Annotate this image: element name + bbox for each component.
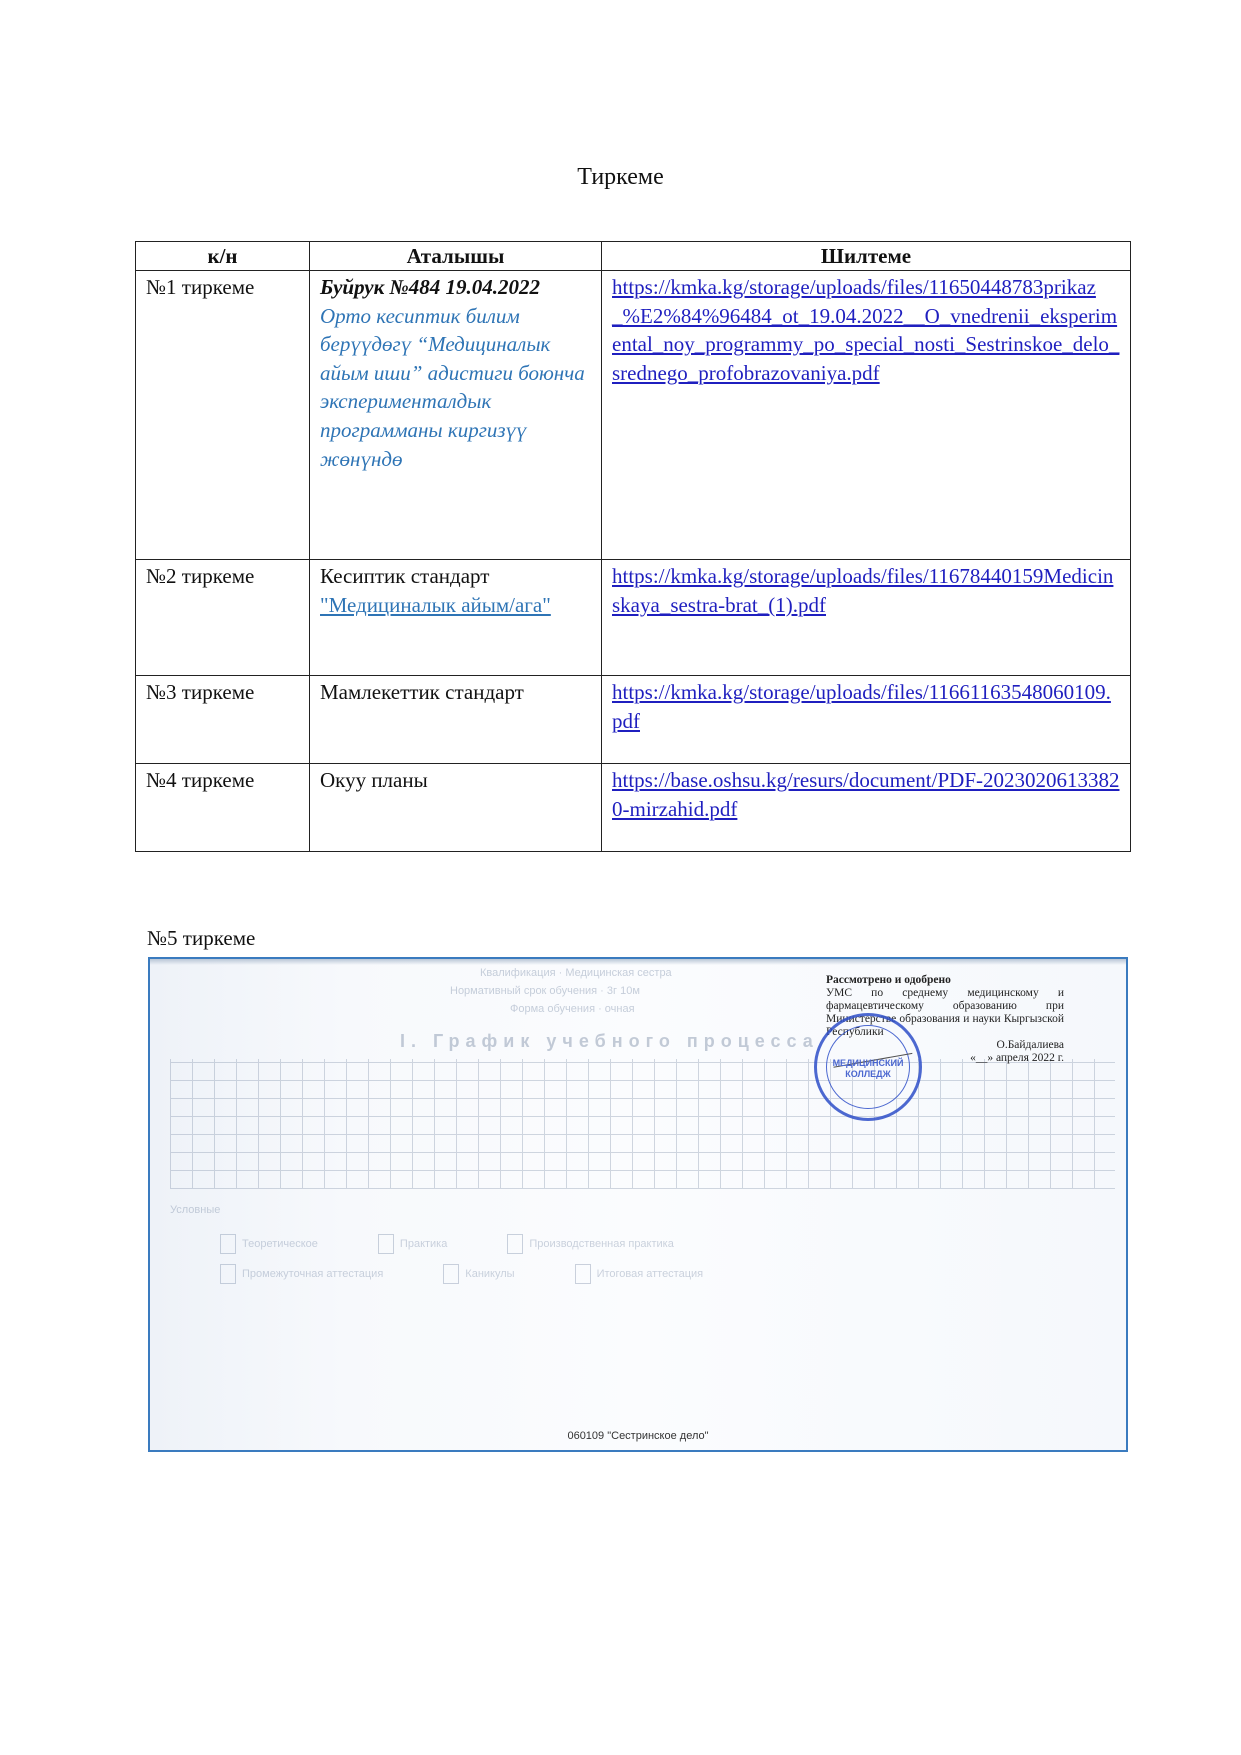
standard-label: Кесиптик стандарт	[320, 564, 489, 588]
table-row: №3 тиркеме Мамлекеттик стандарт https://…	[136, 676, 1131, 764]
legend-row: Промежуточная аттестация Каникулы Итогов…	[220, 1264, 703, 1284]
table-row: №1 тиркеме Буйрук №484 19.04.2022 Орто к…	[136, 271, 1131, 560]
schedule-grid	[170, 1059, 1115, 1189]
row-number: №3 тиркеме	[136, 676, 310, 764]
header-title: Аталышы	[310, 242, 602, 271]
legend-title: Условные	[170, 1204, 220, 1216]
faint-header-line: Нормативный срок обучения · 3г 10м	[450, 985, 640, 997]
image-edge-shadow	[150, 959, 1126, 965]
row-number: №1 тиркеме	[136, 271, 310, 560]
approval-title: Рассмотрено и одобрено	[826, 974, 1064, 987]
legend-item: Итоговая аттестация	[575, 1264, 704, 1284]
row-title: Мамлекеттик стандарт	[310, 676, 602, 764]
page-title: Тиркеме	[0, 163, 1241, 191]
document-link[interactable]: https://kmka.kg/storage/uploads/files/11…	[612, 562, 1120, 619]
order-number: Буйрук №484 19.04.2022	[320, 275, 540, 299]
legend-box-icon	[378, 1234, 394, 1254]
stamp-text: МЕДИЦИНСКИЙ КОЛЛЕДЖ	[817, 1058, 919, 1080]
row-title: Буйрук №484 19.04.2022 Орто кесиптик бил…	[310, 271, 602, 560]
legend-box-icon	[443, 1264, 459, 1284]
row-number: №2 тиркеме	[136, 560, 310, 676]
table-header-row: к/н Аталышы Шилтеме	[136, 242, 1131, 271]
appendix5-label: №5 тиркеме	[147, 925, 255, 951]
header-number: к/н	[136, 242, 310, 271]
faint-header-line: Форма обучения · очная	[510, 1003, 635, 1015]
row-number: №4 тиркеме	[136, 764, 310, 852]
legend-item: Каникулы	[443, 1264, 514, 1284]
row-link-cell: https://base.oshsu.kg/resurs/document/PD…	[602, 764, 1131, 852]
document-link[interactable]: https://kmka.kg/storage/uploads/files/11…	[612, 273, 1120, 387]
document-link[interactable]: https://kmka.kg/storage/uploads/files/11…	[612, 678, 1120, 735]
curriculum-scan-image: Квалификация · Медицинская сестра Нормат…	[148, 957, 1128, 1452]
image-footer: 060109 "Сестринское дело"	[150, 1430, 1126, 1442]
row-title: Окуу планы	[310, 764, 602, 852]
table-row: №4 тиркеме Окуу планы https://base.oshsu…	[136, 764, 1131, 852]
legend-item: Практика	[378, 1234, 447, 1254]
row-title: Кесиптик стандарт "Медициналык айым/ага"	[310, 560, 602, 676]
row-link-cell: https://kmka.kg/storage/uploads/files/11…	[602, 676, 1131, 764]
legend-item: Теоретическое	[220, 1234, 318, 1254]
legend-item: Производственная практика	[507, 1234, 673, 1254]
legend-box-icon	[220, 1234, 236, 1254]
legend-row: Теоретическое Практика Производственная …	[220, 1234, 674, 1254]
legend-box-icon	[575, 1264, 591, 1284]
order-description: Орто кесиптик билим берүүдөгү “Медицинал…	[320, 304, 585, 471]
row-link-cell: https://kmka.kg/storage/uploads/files/11…	[602, 560, 1131, 676]
row-link-cell: https://kmka.kg/storage/uploads/files/11…	[602, 271, 1131, 560]
legend-item: Промежуточная аттестация	[220, 1264, 383, 1284]
table-row: №2 тиркеме Кесиптик стандарт "Медициналы…	[136, 560, 1131, 676]
header-link: Шилтеме	[602, 242, 1131, 271]
standard-link[interactable]: "Медициналык айым/ага"	[320, 593, 551, 617]
legend-box-icon	[507, 1234, 523, 1254]
document-link[interactable]: https://base.oshsu.kg/resurs/document/PD…	[612, 766, 1120, 823]
college-stamp-icon: МЕДИЦИНСКИЙ КОЛЛЕДЖ	[814, 1013, 922, 1121]
legend-box-icon	[220, 1264, 236, 1284]
appendix-table: к/н Аталышы Шилтеме №1 тиркеме Буйрук №4…	[135, 241, 1131, 852]
schedule-heading: I. График учебного процесса	[400, 1031, 819, 1052]
faint-header-line: Квалификация · Медицинская сестра	[480, 967, 672, 979]
